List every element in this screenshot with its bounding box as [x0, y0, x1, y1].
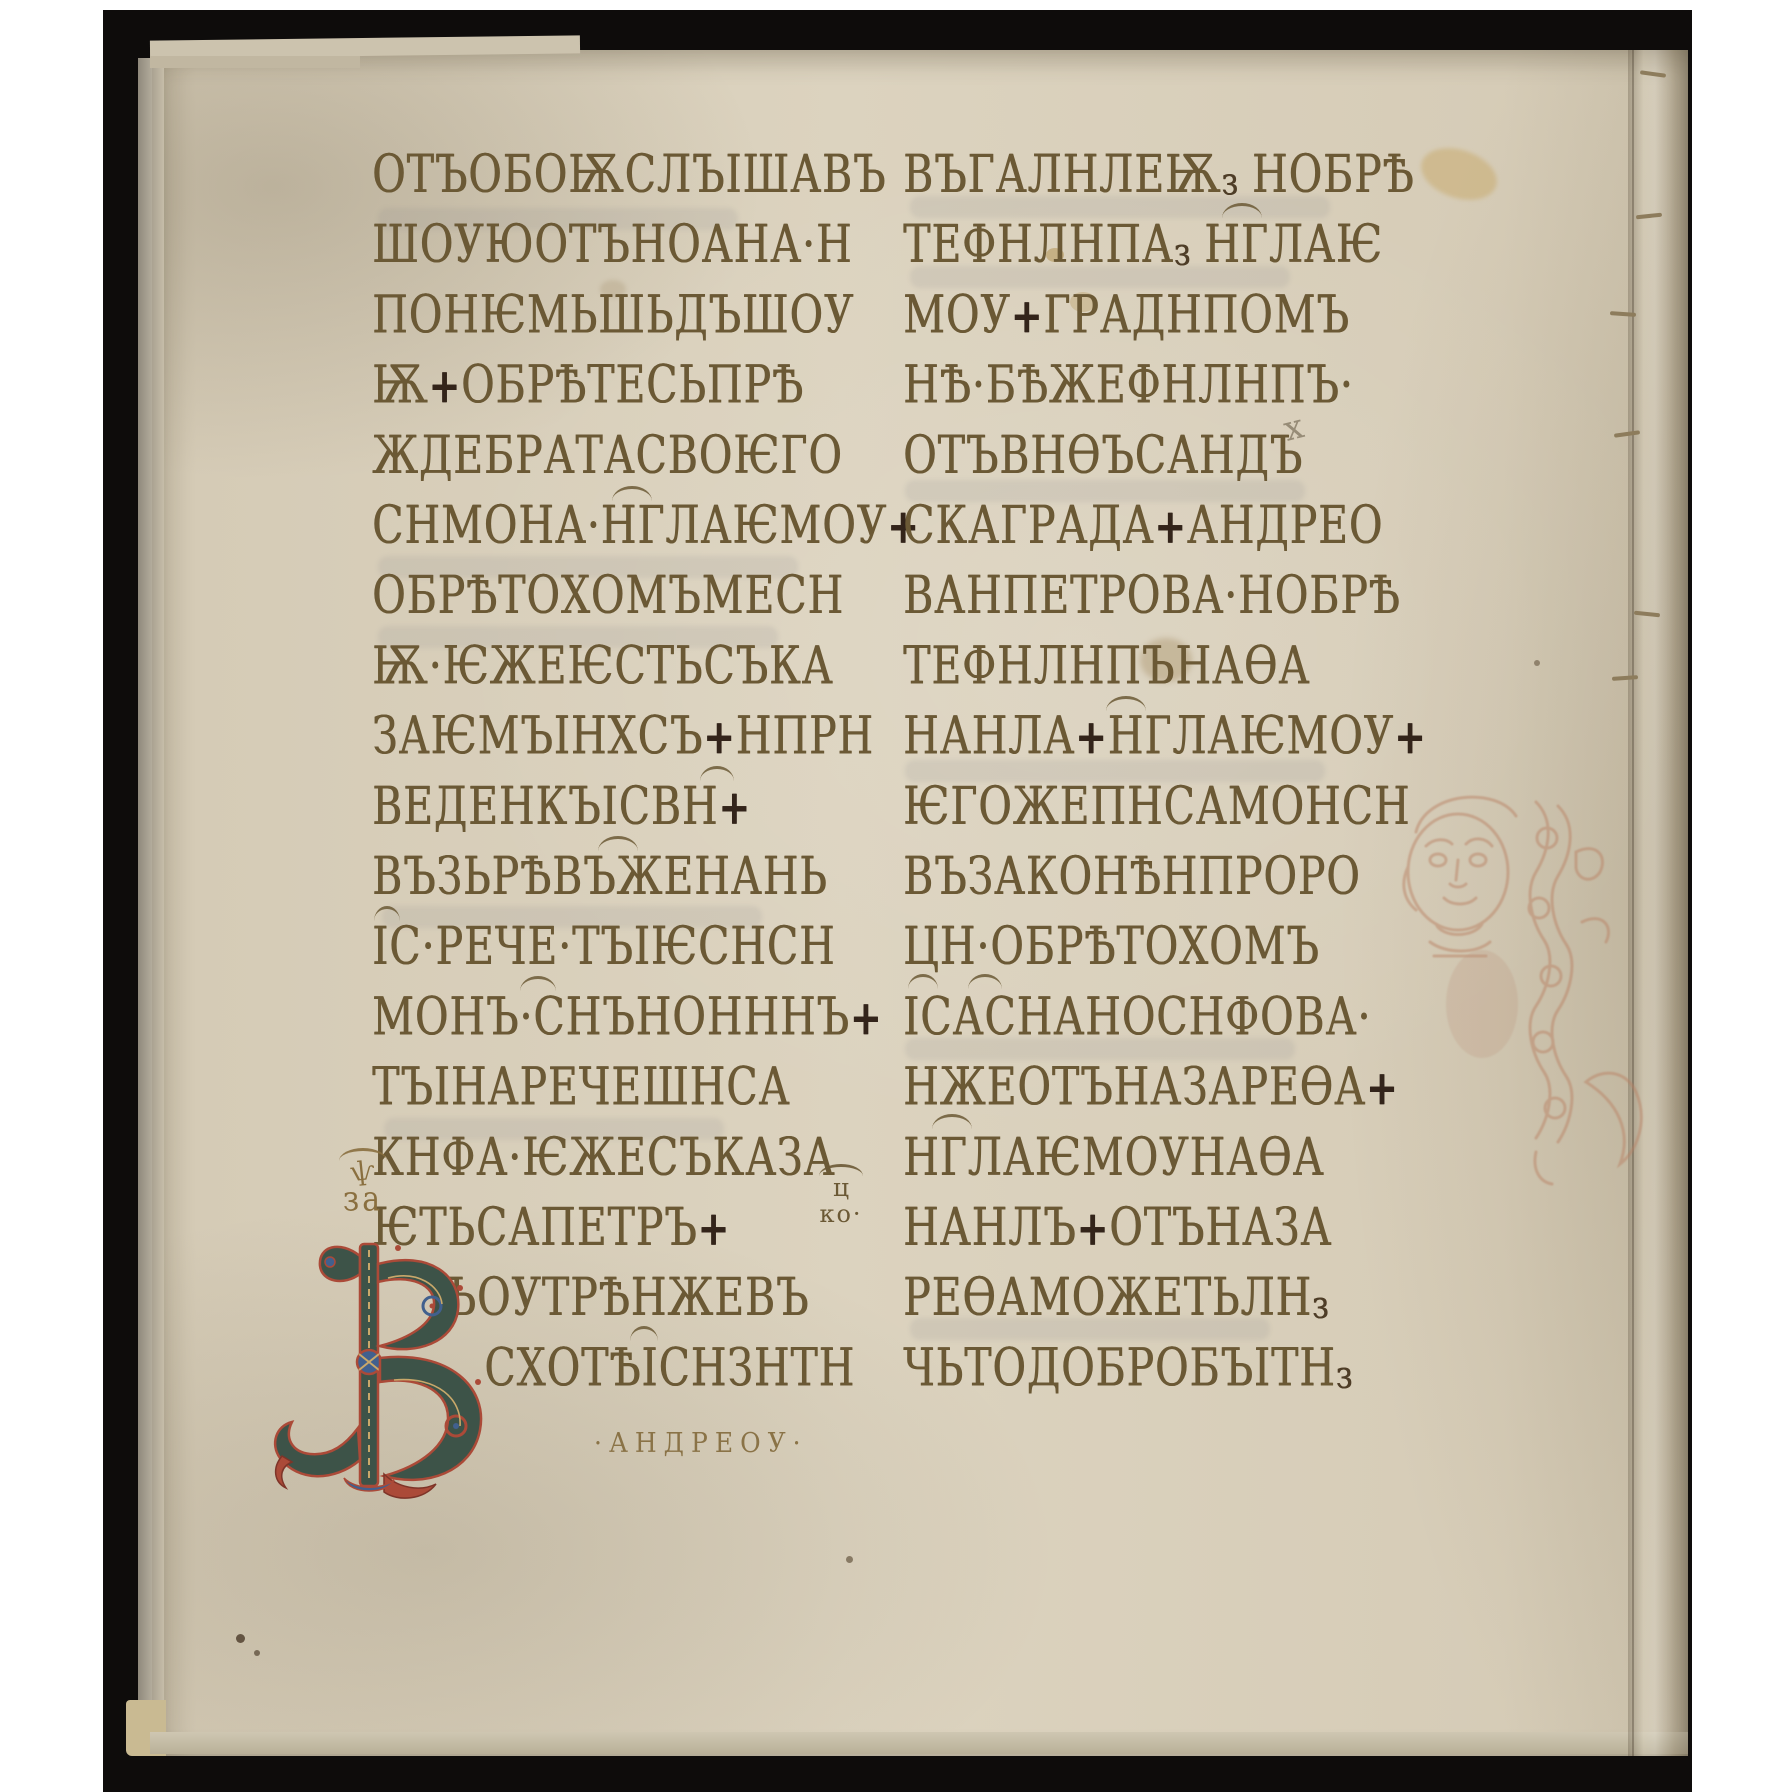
text-column-right: ВЪГАЛНЛЕѬз НОБРѢ ТЕФНЛНПАз НГЛАѤ МОУ+ГРА… — [903, 140, 1427, 1404]
cross-mark: + — [1394, 708, 1426, 765]
stain — [254, 1650, 260, 1656]
zachalo-label: за — [328, 1180, 398, 1219]
cross-mark: + — [698, 1200, 730, 1257]
colophon-note: ·АНДРЕОУ· — [594, 1427, 808, 1459]
text-line: ВЪЗЬРѢВЪЖЕНАНЬ — [372, 842, 920, 912]
text-line: ТЕФНЛНПАз НГЛАѤ — [903, 210, 1427, 280]
stain — [1534, 660, 1540, 666]
text-line: Ѭ+ОБРѢТЕСЬПРѢ — [372, 351, 920, 421]
initial-bottom-bowl — [380, 1357, 481, 1480]
text-line: НѢ·БѢЖЕФНЛНПЪ· — [903, 351, 1427, 421]
initial-tail — [275, 1422, 360, 1476]
text-line: ѤГОЖЕПНСАМОНСН — [903, 772, 1427, 842]
text-line: ЦН·ОБРѢТОХОМЪ — [903, 912, 1427, 982]
decorated-initial — [248, 1230, 528, 1520]
text-line: ЖДЕБРАТАСВОѤГО — [372, 421, 920, 491]
text-line: ОТЪВНѲЪСАНДЪ — [903, 421, 1427, 491]
margin-offset-drawing — [1386, 772, 1666, 1192]
cross-mark: + — [428, 357, 460, 414]
offset-blotch — [1446, 950, 1518, 1058]
text-line: ІС·РЕЧЕ·ТЪІѤСНСН — [372, 912, 920, 982]
text-line: Ѭ·ѤЖЕѤСТЬСЪКА — [372, 631, 920, 701]
z-punctuation: з — [1312, 1283, 1328, 1327]
cross-mark: + — [1366, 1059, 1398, 1116]
text-line: ОБРѢТОХОМЪМЕСН — [372, 561, 920, 631]
text-line: ЧЬТОДОБРОБЪІТНз — [903, 1333, 1427, 1403]
z-punctuation: з — [1174, 230, 1190, 274]
text-line: СКАГРАДА+АНДРЕО — [903, 491, 1427, 561]
z-punctuation: з — [1221, 160, 1237, 204]
text-line: ВЕДЕНКЪІСВН+ — [372, 772, 920, 842]
initial-top-bowl — [378, 1260, 458, 1349]
page-bottom-edge — [150, 1732, 1688, 1754]
cross-mark: + — [1077, 1200, 1109, 1257]
cross-mark: + — [1011, 287, 1043, 344]
page-edge-sliver — [138, 58, 152, 1748]
text-line: ОТЪОБОѬСЛЪІШАВЪ — [372, 140, 920, 210]
text-line: СХОТѢІСНЗНТН — [484, 1333, 919, 1403]
text-line: ЗАѤМЪІНХСЪ+НПРН — [372, 702, 920, 772]
text-line: ПОНѤМЬШЬДЪШОУ — [372, 280, 920, 350]
cross-mark: + — [718, 778, 750, 835]
cross-mark: + — [703, 708, 735, 765]
konets-margin-mark: ц ко· — [808, 1164, 874, 1228]
cross-mark: + — [850, 989, 882, 1046]
text-line: РЕѲАМОЖЕТЬЛНз — [903, 1263, 1427, 1333]
text-line: ШОУЮОТЪНОАНА·Н — [372, 210, 920, 280]
text-line: ТЪІНАРЕЧЕШНСА — [372, 1053, 920, 1123]
text-line: ІСАСНАНОСНФОВА· — [903, 982, 1427, 1052]
konets-label: ко· — [808, 1200, 874, 1228]
text-line: ВЪЗАКОНѢНПРОРО — [903, 842, 1427, 912]
text-line: НАНЛЪ+ОТЪНАЗА — [903, 1193, 1427, 1263]
stain — [846, 1556, 853, 1563]
text-line: ВАНПЕТРОВА·НОБРѢ — [903, 561, 1427, 631]
text-line: МОУ+ГРАДНПОМЪ — [903, 280, 1427, 350]
text-line: МОНЪ·СНЪНОНННЪ+ — [372, 982, 920, 1052]
page-edge-sliver — [152, 54, 164, 1752]
text-line: НГЛАѤМОУНАѲА — [903, 1123, 1427, 1193]
konets-symbol: ц — [808, 1176, 874, 1200]
underlying-page-edge — [150, 56, 360, 68]
text-line: НЖЕОТЪНАЗАРЕѲА+ — [903, 1053, 1427, 1123]
zachalo-margin-mark: ѱ за — [328, 1148, 398, 1217]
cross-mark: + — [1075, 708, 1107, 765]
text-line: ВЪГАЛНЛЕѬз НОБРѢ — [903, 140, 1427, 210]
cross-mark: + — [1154, 498, 1186, 555]
text-line: СНМОНА·НГЛАѤМОУ+ — [372, 491, 920, 561]
stain — [236, 1634, 245, 1643]
text-line: ТЕФНЛНПЪНАѲА — [903, 631, 1427, 701]
text-line: НАНЛА+НГЛАѤМОУ+ — [903, 702, 1427, 772]
z-punctuation: з — [1336, 1353, 1352, 1397]
